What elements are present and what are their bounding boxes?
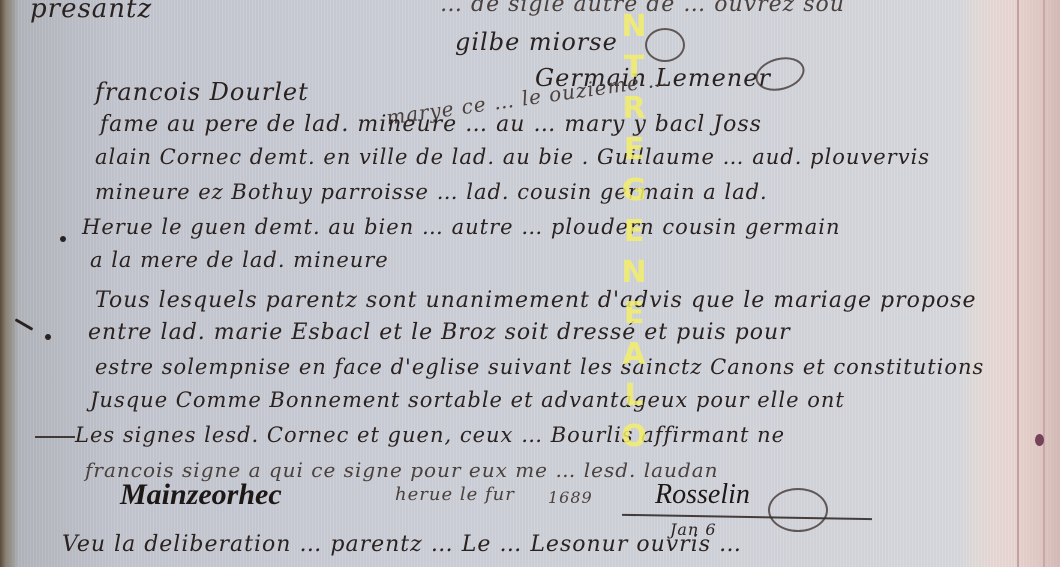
signature-herue-le-fur: herue le fur: [395, 484, 515, 505]
watermark-letter: E: [624, 129, 645, 170]
page-binding-shadow: [0, 0, 18, 567]
text-line-9: Tous lesquels parentz sont unanimement d…: [95, 288, 977, 313]
watermark-letter: N: [621, 6, 646, 47]
watermark-letter: A: [622, 334, 645, 375]
text-line-4: fame au pere de lad. mineure … au … mary…: [100, 112, 762, 137]
watermark-letter: T: [624, 47, 644, 88]
text-line-8: a la mere de lad. mineure: [90, 248, 389, 272]
manuscript-page: presantz … de sigle autre de … ouvrez so…: [0, 0, 1060, 567]
signature-date: 1689: [548, 488, 593, 507]
paraph-flourish-3: [768, 488, 828, 532]
watermark-letter: G: [622, 170, 647, 211]
margin-dash-rule: [35, 436, 75, 438]
site-watermark: N T R E G E N E A L O: [619, 6, 649, 457]
paraph-flourish-1: [645, 28, 685, 62]
watermark-letter: R: [622, 88, 645, 129]
watermark-letter: E: [624, 211, 645, 252]
text-line-12: Jusque Comme Bonnement sortable et advan…: [90, 388, 845, 412]
page-edge: [1018, 0, 1060, 567]
text-line-footer: Veu la deliberation … parentz … Le … Les…: [62, 532, 742, 557]
text-line-7: Herue le guen demt. au bien … autre … pl…: [82, 215, 841, 239]
signature-rosselin: Rosselin: [655, 479, 750, 511]
text-line-3: francois Dourlet: [95, 78, 309, 106]
text-line-10: entre lad. marie Esbacl et le Broz soit …: [88, 320, 791, 345]
margin-rule-right: [1043, 0, 1045, 567]
watermark-letter: N: [621, 252, 646, 293]
text-line-5: alain Cornec demt. en ville de lad. au b…: [95, 145, 930, 169]
text-line-1: gilbe miorse: [455, 28, 618, 56]
signature-underline: [622, 514, 872, 520]
margin-mark: [45, 334, 51, 340]
margin-mark: [60, 236, 66, 242]
ink-blot: [1035, 434, 1044, 446]
text-line-11: estre solempnise en face d'eglise suivan…: [95, 355, 984, 379]
text-line-0: presantz: [30, 0, 152, 24]
signature-mainzeorhec: Mainzeorhec: [120, 478, 282, 512]
text-line-13: Les signes lesd. Cornec et guen, ceux … …: [75, 423, 785, 447]
watermark-letter: O: [621, 416, 647, 457]
text-line-6: mineure ez Bothuy parroisse … lad. cousi…: [95, 180, 768, 204]
margin-rule-left: [1017, 0, 1019, 567]
watermark-letter: L: [624, 375, 643, 416]
watermark-letter: E: [624, 293, 645, 334]
